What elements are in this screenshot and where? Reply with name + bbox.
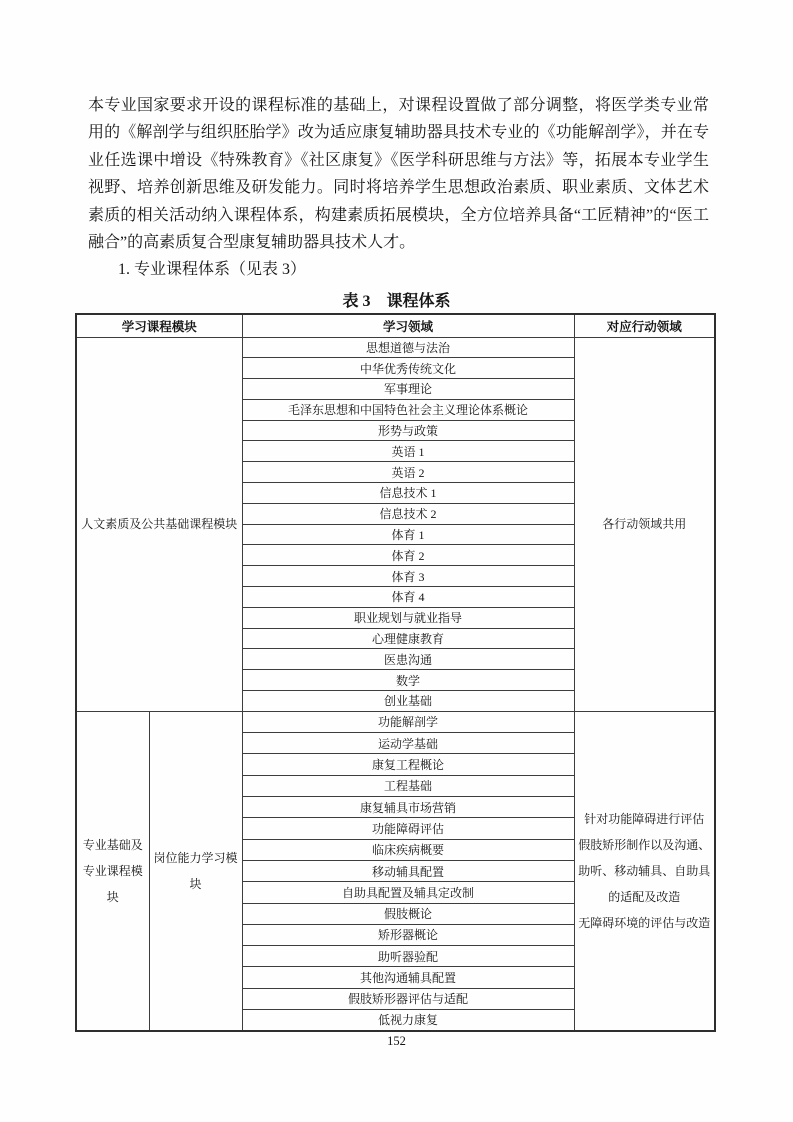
intro-paragraph: 本专业国家要求开设的课程标准的基础上，对课程设置做了部分调整，将医学类专业常用的… [88,92,709,256]
course-cell: 自助具配置及辅具定改制 [242,882,574,903]
course-cell: 功能障碍评估 [242,818,574,839]
course-cell: 军事理论 [242,379,574,400]
course-cell: 康复工程概论 [242,754,574,775]
list-item-course-system: 1. 专业课程体系（见表 3） [88,256,709,283]
course-cell: 体育 4 [242,587,574,608]
col-header-learning-course-module: 学习课程模块 [76,314,242,337]
course-system-table: 学习课程模块 学习领域 对应行动领域 人文素质及公共基础课程模块 思想道德与法治… [75,313,716,1032]
course-cell: 毛泽东思想和中国特色社会主义理论体系概论 [242,399,574,420]
course-cell: 英语 2 [242,462,574,483]
col-header-action-domain: 对应行动领域 [574,314,715,337]
course-cell: 其他沟通辅具配置 [242,967,574,988]
course-cell: 工程基础 [242,775,574,796]
course-cell: 形势与政策 [242,420,574,441]
course-cell: 心理健康教育 [242,628,574,649]
course-cell: 矫形器概论 [242,924,574,945]
document-page: 本专业国家要求开设的课程标准的基础上，对课程设置做了部分调整，将医学类专业常用的… [0,0,793,1122]
course-cell: 职业规划与就业指导 [242,607,574,628]
action-domain-line: 假肢矫形制作以及沟通、助听、移动辅具、自助具的适配及改造 [577,832,713,910]
course-cell: 康复辅具市场营销 [242,797,574,818]
course-cell: 假肢矫形器评估与适配 [242,988,574,1009]
course-cell: 假肢概论 [242,903,574,924]
col-header-learning-domain: 学习领域 [242,314,574,337]
table-row: 专业基础及专业课程模块 岗位能力学习模块 功能解剖学 针对功能障碍进行评估 假肢… [76,711,715,732]
table-title: 表 3 课程体系 [0,288,793,311]
course-cell: 信息技术 1 [242,483,574,504]
course-cell: 信息技术 2 [242,503,574,524]
action-domain-line: 无障碍环境的评估与改造 [577,910,713,936]
course-cell: 体育 3 [242,566,574,587]
course-cell: 体育 2 [242,545,574,566]
course-cell: 创业基础 [242,691,574,712]
course-cell: 临床疾病概要 [242,839,574,860]
course-cell: 思想道德与法治 [242,337,574,358]
course-cell: 体育 1 [242,524,574,545]
module-cell-professional-basic: 专业基础及专业课程模块 [76,711,149,1030]
course-cell: 英语 1 [242,441,574,462]
action-domain-cell-functional: 针对功能障碍进行评估 假肢矫形制作以及沟通、助听、移动辅具、自助具的适配及改造 … [574,711,715,1030]
intro-block: 本专业国家要求开设的课程标准的基础上，对课程设置做了部分调整，将医学类专业常用的… [88,92,709,284]
course-cell: 数学 [242,670,574,691]
course-cell: 功能解剖学 [242,711,574,732]
submodule-cell-post-competency: 岗位能力学习模块 [149,711,242,1030]
action-domain-cell-shared: 各行动领域共用 [574,337,715,711]
action-domain-line: 针对功能障碍进行评估 [577,806,713,832]
table-row: 人文素质及公共基础课程模块 思想道德与法治 各行动领域共用 [76,337,715,358]
module-cell-humanities-public-basic: 人文素质及公共基础课程模块 [76,337,242,711]
course-cell: 助听器验配 [242,946,574,967]
course-cell: 中华优秀传统文化 [242,358,574,379]
table-header-row: 学习课程模块 学习领域 对应行动领域 [76,314,715,337]
course-cell: 运动学基础 [242,733,574,754]
course-cell: 医患沟通 [242,649,574,670]
page-number: 152 [0,1034,793,1049]
course-cell: 低视力康复 [242,1010,574,1031]
course-cell: 移动辅具配置 [242,860,574,881]
